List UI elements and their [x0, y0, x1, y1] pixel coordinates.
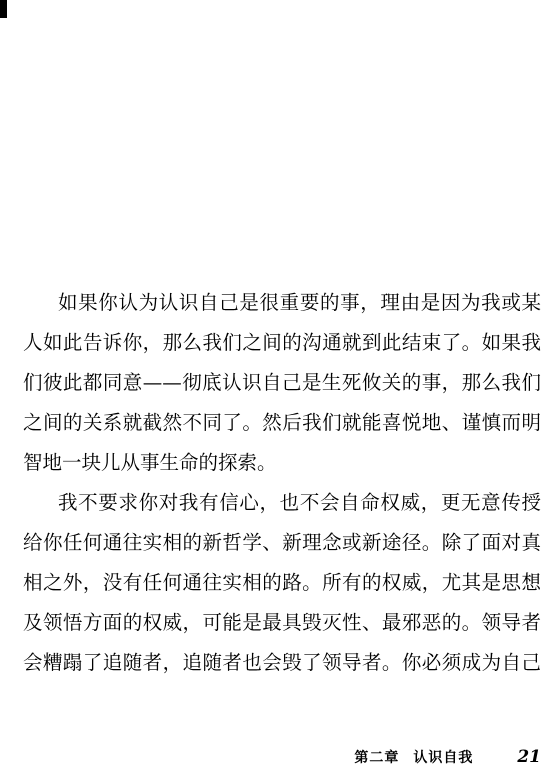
- text-line: 人如此告诉你，那么我们之间的沟通就到此结束了。如果我: [23, 323, 541, 363]
- text-line: 之间的关系就截然不同了。然后我们就能喜悦地、谨慎而明: [23, 403, 541, 443]
- text-block: 如果你认为认识自己是很重要的事，理由是因为我或某人如此告诉你，那么我们之间的沟通…: [23, 283, 541, 683]
- text-line: 如果你认为认识自己是很重要的事，理由是因为我或某: [23, 283, 541, 323]
- book-page: 如果你认为认识自己是很重要的事，理由是因为我或某人如此告诉你，那么我们之间的沟通…: [0, 0, 543, 769]
- text-line: 我不要求你对我有信心，也不会自命权威，更无意传授: [23, 483, 541, 523]
- text-line: 给你任何通往实相的新哲学、新理念或新途径。除了面对真: [23, 523, 541, 563]
- text-line: 们彼此都同意——彻底认识自己是生死攸关的事，那么我们: [23, 363, 541, 403]
- paragraph: 如果你认为认识自己是很重要的事，理由是因为我或某人如此告诉你，那么我们之间的沟通…: [23, 283, 541, 483]
- paragraph: 我不要求你对我有信心，也不会自命权威，更无意传授给你任何通往实相的新哲学、新理念…: [23, 483, 541, 683]
- page-footer: 第二章认识自我21: [23, 747, 541, 768]
- page-number: 21: [517, 747, 541, 767]
- scan-corner-artifact: [0, 0, 7, 18]
- text-line: 会糟蹋了追随者，追随者也会毁了领导者。你必须成为自己: [23, 643, 541, 683]
- text-line: 及领悟方面的权威，可能是最具毁灭性、最邪恶的。领导者: [23, 603, 541, 643]
- text-line: 智地一块儿从事生命的探索。: [23, 443, 541, 483]
- footer-chapter-label: 第二章: [354, 750, 399, 766]
- text-line: 相之外，没有任何通往实相的路。所有的权威，尤其是思想: [23, 563, 541, 603]
- footer-chapter-title: 认识自我: [413, 750, 473, 766]
